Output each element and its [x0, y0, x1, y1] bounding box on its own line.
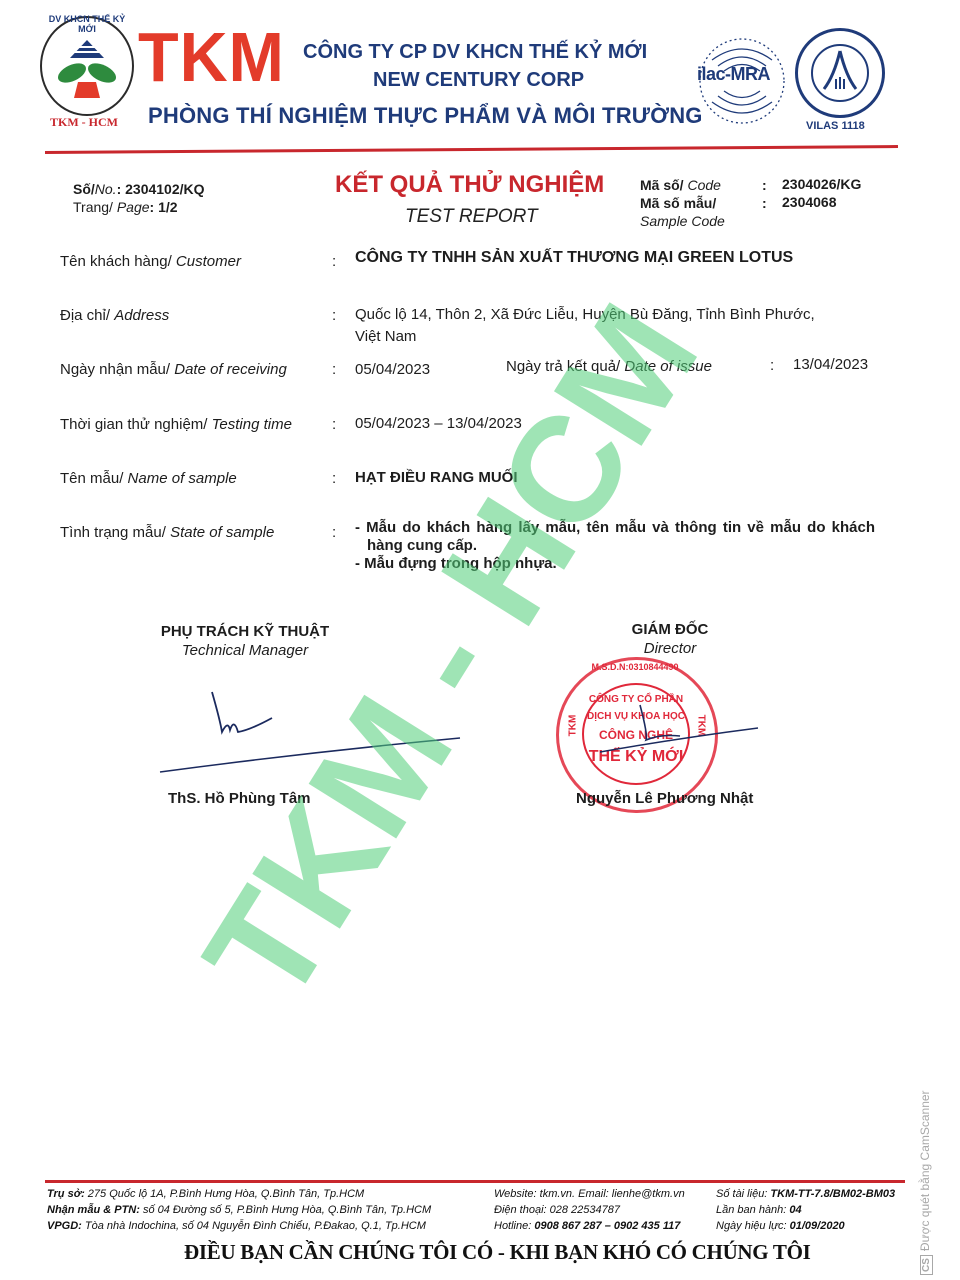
director-title: GIÁM ĐỐC: [580, 621, 760, 638]
camscanner-logo-icon: CS: [920, 1255, 933, 1275]
sample-state-line: - Mẫu đựng trong hộp nhựa.: [355, 555, 875, 573]
issue-colon: :: [770, 357, 774, 374]
sample-state-colon: :: [332, 524, 336, 541]
camscanner-watermark: CSĐược quét bằng CamScanner: [918, 1090, 933, 1275]
director-name: Nguyễn Lê Phương Nhật: [576, 790, 753, 807]
sample-state-line: - Mẫu do khách hàng lấy mẫu, tên mẫu và …: [355, 519, 875, 555]
footer-hq: Trụ sở: 275 Quốc lộ 1A, P.Bình Hưng Hòa,…: [47, 1186, 431, 1202]
footer-contacts: Website: tkm.vn. Email: lienhe@tkm.vn Đi…: [494, 1186, 685, 1234]
technical-manager-title: PHỤ TRÁCH KỸ THUẬT: [140, 623, 350, 640]
address-colon: :: [332, 307, 336, 324]
company-name-vi: CÔNG TY CP DV KHCN THẾ KỶ MỚI: [303, 41, 647, 64]
footer-slogan: ĐIỀU BẠN CẦN CHÚNG TÔI CÓ - KHI BẠN KHÓ …: [184, 1240, 811, 1265]
company-name-en: NEW CENTURY CORP: [373, 69, 584, 92]
boa-accreditation-logo: [795, 28, 885, 118]
lab-name: PHÒNG THÍ NGHIỆM THỰC PHẨM VÀ MÔI TRƯỜNG: [148, 103, 703, 129]
footer-doc-number: Số tài liệu: TKM-TT-7.8/BM02-BM03: [716, 1186, 895, 1202]
report-title-en: TEST REPORT: [405, 206, 538, 228]
technical-manager-name: ThS. Hồ Phùng Tâm: [168, 790, 311, 807]
director-subtitle: Director: [580, 640, 760, 657]
footer-effective-date: Ngày hiệu lực: 01/09/2020: [716, 1218, 895, 1234]
code-colon: :: [762, 177, 767, 193]
customer-colon: :: [332, 253, 336, 270]
stamp-ring-top: M.S.D.N:0310844490: [585, 662, 685, 672]
footer-addresses: Trụ sở: 275 Quốc lộ 1A, P.Bình Hưng Hòa,…: [47, 1186, 431, 1234]
footer-hotline: Hotline: 0908 867 287 – 0902 435 117: [494, 1218, 685, 1234]
footer-divider: [45, 1180, 905, 1183]
logo-ring-text: DV KHCN THẾ KỶ MỚI: [40, 14, 134, 34]
testing-time-value: 05/04/2023 – 13/04/2023: [355, 415, 522, 432]
customer-label: Tên khách hàng/ Customer: [60, 253, 241, 270]
issue-label: Ngày trả kết quả/ Date of issue: [506, 358, 712, 375]
logo-caption: TKM - HCM: [50, 115, 118, 130]
page-number: Trang/ Page: 1/2: [73, 199, 178, 215]
received-colon: :: [332, 361, 336, 378]
address-value-line2: Việt Nam: [355, 328, 416, 345]
footer-lab: Nhận mẫu & PTN: số 04 Đường số 5, P.Bình…: [47, 1202, 431, 1218]
sample-code-colon: :: [762, 195, 767, 211]
sample-code-value: 2304068: [782, 194, 837, 210]
report-number: Số/No.: 2304102/KQ: [73, 181, 205, 197]
brand-wordmark: TKM: [138, 22, 285, 92]
testing-time-colon: :: [332, 416, 336, 433]
footer-document-info: Số tài liệu: TKM-TT-7.8/BM02-BM03 Lần ba…: [716, 1186, 895, 1234]
sample-name-value: HẠT ĐIỀU RANG MUỐI: [355, 469, 518, 486]
footer-phone: Điện thoại: 028 22534787: [494, 1202, 685, 1218]
technical-manager-signature-icon: [150, 680, 470, 790]
testing-time-label: Thời gian thử nghiệm/ Testing time: [60, 416, 292, 433]
code-value: 2304026/KG: [782, 176, 861, 192]
director-signature-icon: [600, 700, 770, 770]
sample-name-label: Tên mẫu/ Name of sample: [60, 470, 237, 487]
boa-roof-icon: [798, 31, 882, 115]
received-value: 05/04/2023: [355, 361, 430, 378]
issue-value: 13/04/2023: [793, 356, 868, 373]
sample-code-label: Mã số mẫu/: [640, 195, 716, 211]
footer-office: VPGD: Tòa nhà Indochina, số 04 Nguyễn Đì…: [47, 1218, 431, 1234]
customer-value: CÔNG TY TNHH SẢN XUẤT THƯƠNG MẠI GREEN L…: [355, 249, 793, 267]
vilas-number: VILAS 1118: [806, 120, 865, 132]
technical-manager-subtitle: Technical Manager: [140, 642, 350, 659]
address-label: Địa chỉ/ Address: [60, 307, 169, 324]
sample-state-label: Tình trạng mẫu/ State of sample: [60, 524, 274, 541]
footer-website: Website: tkm.vn. Email: lienhe@tkm.vn: [494, 1186, 685, 1202]
sample-state-value: - Mẫu do khách hàng lấy mẫu, tên mẫu và …: [355, 519, 875, 573]
address-value-line1: Quốc lộ 14, Thôn 2, Xã Đức Liễu, Huyện B…: [355, 306, 815, 323]
stamp-ring-side: TKM: [567, 715, 578, 737]
sample-name-colon: :: [332, 470, 336, 487]
report-title-vi: KẾT QUẢ THỬ NGHIỆM: [335, 171, 604, 199]
footer-edition: Lần ban hành: 04: [716, 1202, 895, 1218]
ilac-mra-label: ilac-MRA: [697, 64, 770, 85]
code-label: Mã số/ Code: [640, 177, 721, 193]
received-label: Ngày nhận mẫu/ Date of receiving: [60, 361, 287, 378]
header-divider: [45, 145, 898, 154]
sample-code-label-en: Sample Code: [640, 213, 725, 229]
